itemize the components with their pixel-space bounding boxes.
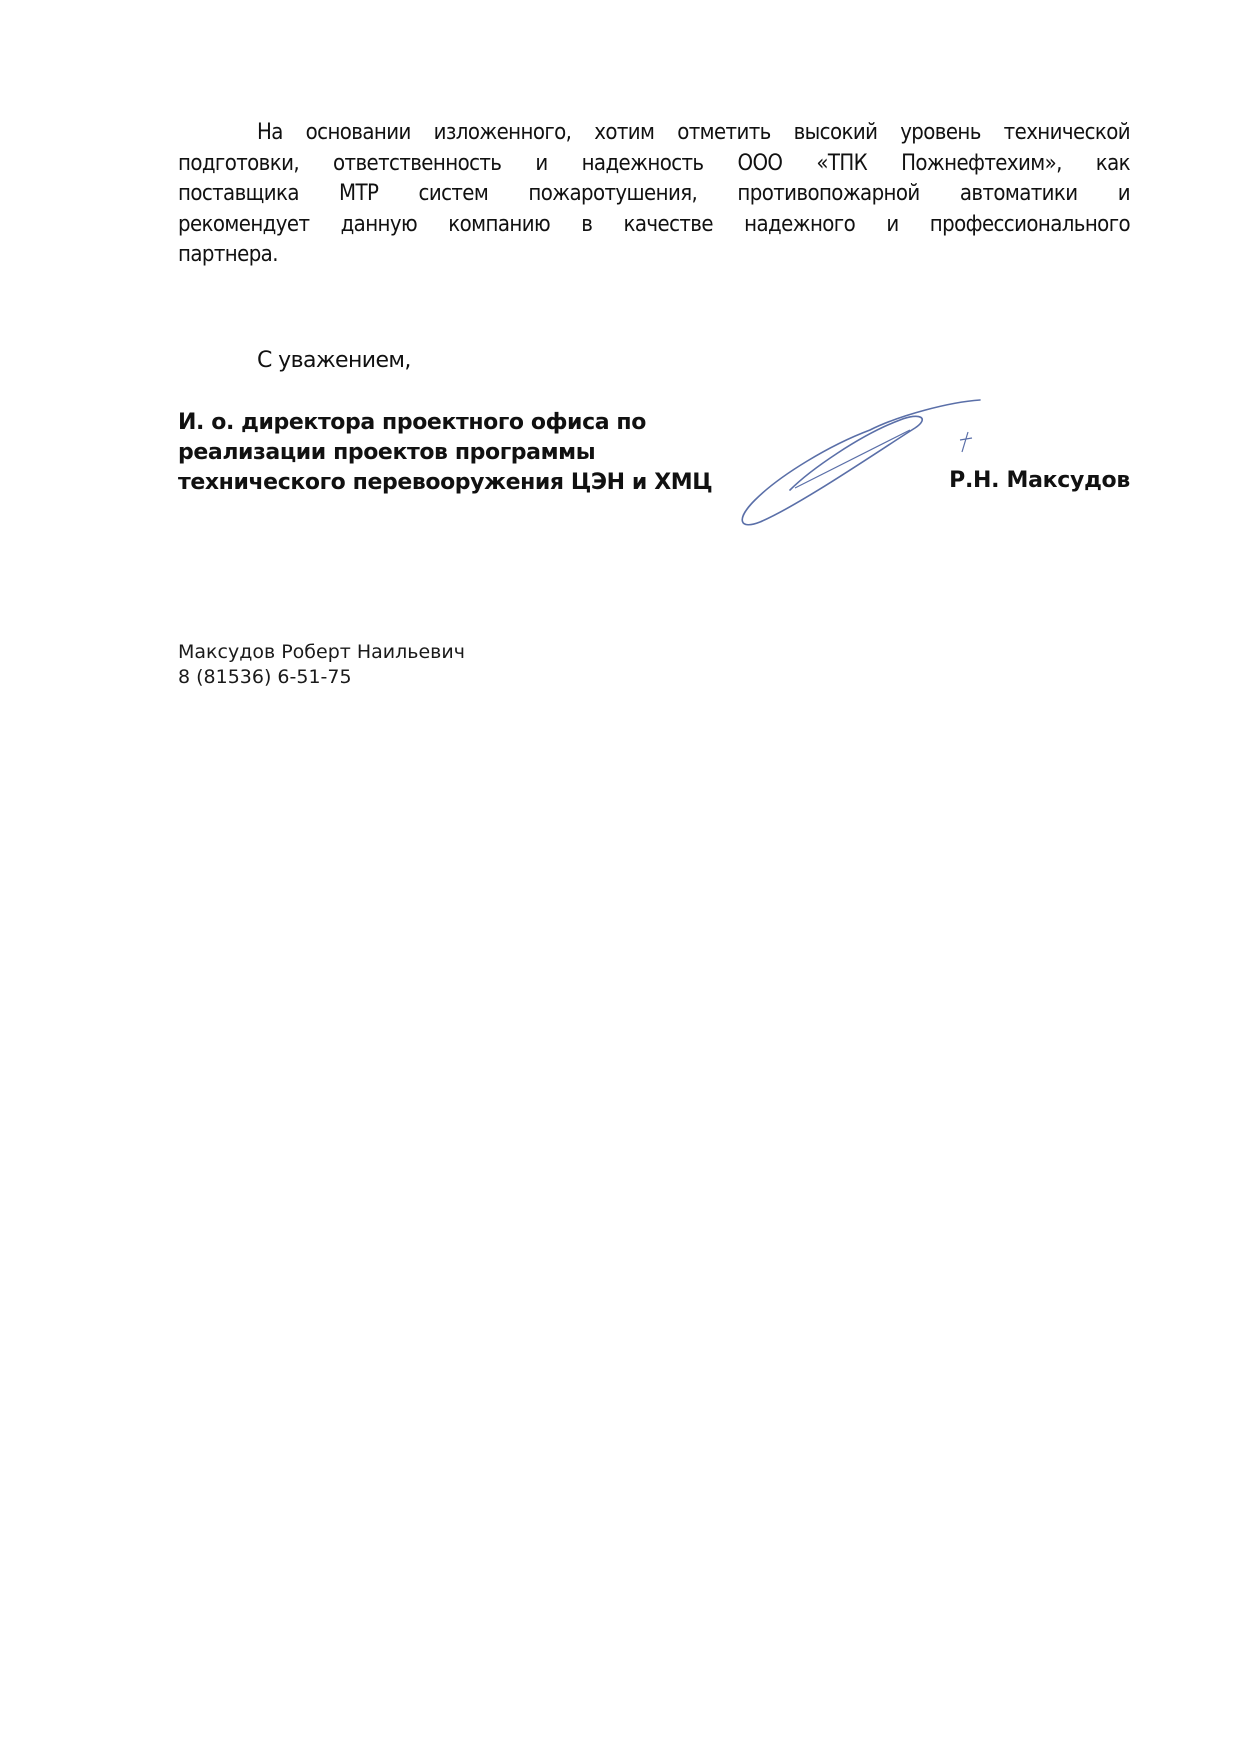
signatory-title-line: И. о. директора проектного офиса по bbox=[178, 408, 712, 438]
signatory-title-line: реализации проектов программы bbox=[178, 438, 712, 468]
contact-block: Максудов Роберт Наильевич 8 (81536) 6-51… bbox=[178, 640, 465, 690]
contact-full-name: Максудов Роберт Наильевич bbox=[178, 640, 465, 665]
paragraph-line: партнера. bbox=[178, 240, 1130, 271]
closing-salutation: С уважением, bbox=[257, 348, 411, 373]
signatory-title-line: технического перевооружения ЦЭН и ХМЦ bbox=[178, 468, 712, 498]
contact-phone: 8 (81536) 6-51-75 bbox=[178, 665, 465, 690]
signatory-title: И. о. директора проектного офиса по реал… bbox=[178, 408, 712, 498]
paragraph-line: подготовки, ответственность и надежность… bbox=[178, 149, 1130, 180]
paragraph-line: поставщика МТР систем пожаротушения, про… bbox=[178, 179, 1130, 210]
body-paragraph: На основании изложенного, хотим отметить… bbox=[178, 118, 1130, 271]
paragraph-line: На основании изложенного, хотим отметить… bbox=[178, 118, 1130, 149]
letter-page: На основании изложенного, хотим отметить… bbox=[0, 0, 1240, 1755]
signatory-name: Р.Н. Максудов bbox=[949, 468, 1130, 493]
paragraph-line: рекомендует данную компанию в качестве н… bbox=[178, 210, 1130, 241]
handwritten-signature bbox=[720, 390, 1000, 540]
